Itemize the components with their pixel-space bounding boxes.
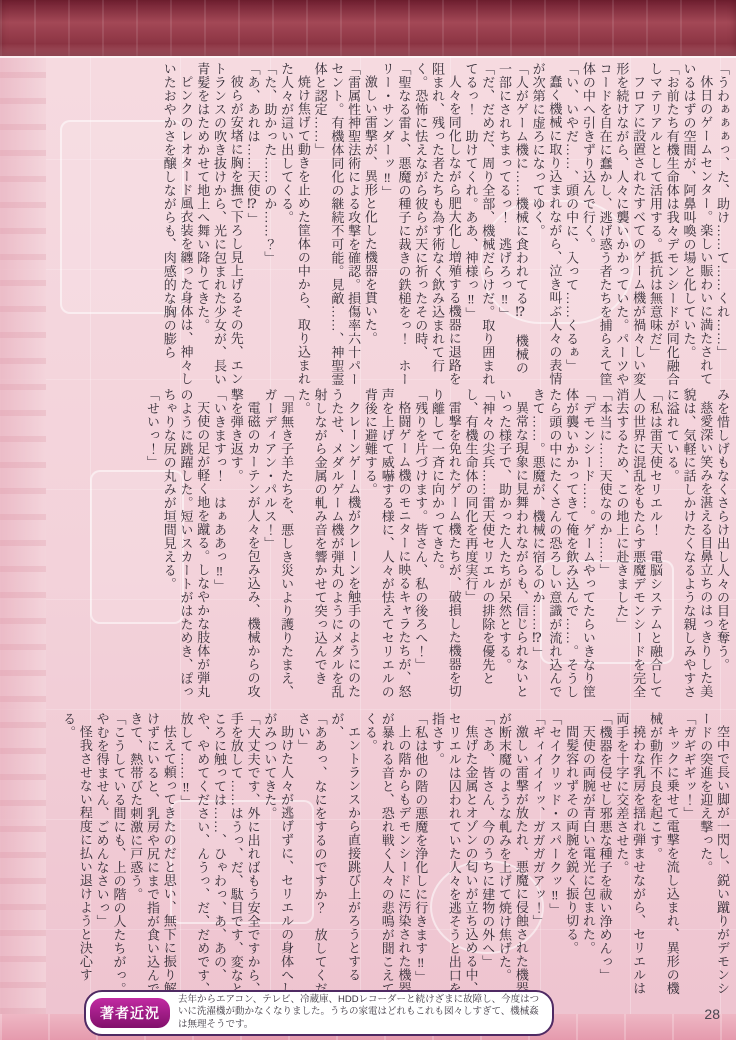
paragraph: 人々を同化しながら肥大化し増殖する機器に退路を阻まれ、残った者たちも為す術なく飲… xyxy=(411,62,461,386)
paragraph: 焼け焦げて動きを止めた筐体の中から、取り込まれた人々が這い出してくる。 xyxy=(277,62,311,386)
left-margin-decoration xyxy=(0,0,46,1040)
header-band-decoration xyxy=(0,0,736,56)
paragraph: 助けた人々が逃げずに、セリエルの身体へしがみついてきた。 xyxy=(261,712,295,1000)
paragraph: 上の階からもデモンシードに汚染された機器が暴れる音と、恐れ戦く人々の悲鳴が聞こえ… xyxy=(361,712,411,1000)
paragraph: 「だ、だめだ、周り全部、機械だらけだ。取り囲まれてるっ！ 助けてくれ。ああ、神様… xyxy=(462,62,496,386)
paragraph: 「セイクリッド・スパークッ‼」 xyxy=(546,712,563,1000)
paragraph: エントランスから直接跳び上がろうとするが、 xyxy=(328,712,362,1000)
paragraph: 「大丈夫です、外に出ればもう安全ですから、手を放して……はうっ、だ、駄目です、変… xyxy=(177,712,261,1000)
paragraph: 「せいっ！」 xyxy=(143,388,160,710)
paragraph: 「デモンシード……。ゲームやってたらいきなり筐体が襲いかかってきて俺を飲み込んで… xyxy=(529,388,596,710)
text-block-middle: みを惜しげもなくさらけ出し人々の目を奪う。慈愛深い笑みを湛える目鼻立ちのはっきり… xyxy=(48,388,730,710)
paragraph: 「本当に……天使なのか……」 xyxy=(596,388,613,710)
paragraph: 「私は雷天使セリエル！ 電脳システムと融合して人の世界に混乱をもたらす悪魔デモン… xyxy=(613,388,663,710)
paragraph: クレーンゲーム機がクレーンを触手のようにのたうたせ、メダルゲーム機が弾丸のように… xyxy=(294,388,361,710)
paragraph: 「こうしている間にも、上の階の人たちがっ。やむを得ません、ごめんなさいっ」 xyxy=(93,712,127,1000)
novel-page: 「うわぁぁぁっ、た、助け……て……くれ……」休日のゲームセンター。楽しい賑わいに… xyxy=(0,0,736,1040)
paragraph: 「ああっ、なにをするのですか？ 放してください」 xyxy=(294,712,328,1000)
paragraph: 天使の両腕が青白い電光に包まれた。 xyxy=(579,712,596,1000)
paragraph: 「雷属性神聖法術による攻撃を確認。損傷率六十パーセント。有機体同化の継続不可能。… xyxy=(311,62,361,386)
paragraph: 異常な現象に見舞われながらも、信じられないといった様子で、助かった人たちが呆然と… xyxy=(495,388,529,710)
paragraph: 激しい雷撃が、異形と化した機器を貫いた。 xyxy=(361,62,378,386)
paragraph: 「人がゲーム機に……機械に食われてる⁉ 機械の一部にされちまってるっ！ 逃げろっ… xyxy=(495,62,529,386)
paragraph: 激しい雷撃が放たれ、悪魔に侵蝕された機器が断末魔のような軋みを上げて焼け焦げた。 xyxy=(495,712,529,1000)
paragraph: 「神々の尖兵……雷天使セリエルの排除を優先とし、有機生命体の同化を再度実行」 xyxy=(462,388,496,710)
author-note-text: 去年からエアコン、テレビ、冷蔵庫、HDDレコーダーと続けざまに故障し、今度はつい… xyxy=(178,994,542,1032)
paragraph: 空中で長い脚が一閃し、鋭い蹴りがデモンシードの突進を迎え撃った。 xyxy=(696,712,730,1000)
author-note: 著者近況 去年からエアコン、テレビ、冷蔵庫、HDDレコーダーと続けざまに故障し、… xyxy=(84,990,554,1036)
author-note-badge: 著者近況 xyxy=(90,998,170,1028)
paragraph: キックに乗せて電撃を流し込まれ、異形の機械が動作不良を起こす。 xyxy=(646,712,680,1000)
paragraph: 焦げた金属とオゾンの匂いが立ち込める中、セリエルは囚われていた人々を逃そうと出口… xyxy=(428,712,478,1000)
paragraph: 「いきますっ！ はぁああっ‼」 xyxy=(210,388,227,710)
paragraph: 「聖なる雷よ、悪魔の種子に裁きの鉄槌をっ！ ホーリー・サンダーッ‼」 xyxy=(378,62,412,386)
paragraph: 「い、いやだ……、頭の中に、入って……くるぁ」 xyxy=(562,62,579,386)
text-block-top: 「うわぁぁぁっ、た、助け……て……くれ……」休日のゲームセンター。楽しい賑わいに… xyxy=(48,62,730,386)
paragraph: 間髪容れずその両腕を鋭く振り切る。 xyxy=(562,712,579,1000)
paragraph: 蠢く機械に取り込まれながら、泣き叫ぶ人々の表情が次第に虚ろになってゆく。 xyxy=(529,62,563,386)
text-block-bottom: 空中で長い脚が一閃し、鋭い蹴りがデモンシードの突進を迎え撃った。「ガギギギッ！」… xyxy=(48,712,730,1000)
paragraph: 休日のゲームセンター。楽しい賑わいに満たされているはずの空間が、阿鼻叫喚の場と化… xyxy=(680,62,714,386)
paragraph: 慈愛深い笑みを湛える目鼻立ちのはっきりした美貌は、気軽に話しかけたくなるような親… xyxy=(663,388,713,710)
paragraph: 「ガギギギッ！」 xyxy=(680,712,697,1000)
paragraph: 「あ、あれは……天使⁉」 xyxy=(244,62,261,386)
page-number: 28 xyxy=(704,1006,720,1022)
paragraph: 「うわぁぁぁっ、た、助け……て……くれ……」 xyxy=(713,62,730,386)
paragraph: 「残りを片づけます。皆さん、私の後ろへ！」 xyxy=(411,388,428,710)
paragraph: 「私は他の階の悪魔を浄化しに行きます‼」 xyxy=(411,712,428,1000)
paragraph: 「ギィイイイッ、ガガガガアッ！」 xyxy=(529,712,546,1000)
paragraph: 怪我させない程度に払い退けようと決心する。 xyxy=(59,712,93,1000)
paragraph: 雷撃を免れたゲーム機たちが、破損した機器を切り離して一斉に向かってきた。 xyxy=(428,388,462,710)
paragraph: 撓わな乳房を揺れ弾ませながら、セリエルは両手を十字に交差させた。 xyxy=(613,712,647,1000)
paragraph: 格闘ゲーム機のモニターに映るキャラたちが、怒声を上げて威嚇する様に、人々が怯えて… xyxy=(361,388,411,710)
paragraph: みを惜しげもなくさらけ出し人々の目を奪う。 xyxy=(713,388,730,710)
paragraph: 彼らが安堵に胸を撫で下ろし見上げるその先、エントランスの吹き抜けから、光に包まれ… xyxy=(194,62,244,386)
paragraph: 怯えて頼ってきたのだと思い、無下に振り解けずにいると、乳房や尻にまで指が食い込ん… xyxy=(126,712,176,1000)
paragraph: フロアに設置されたすべてのゲーム機が禍々しい変形を続けながら、人々に襲いかかって… xyxy=(579,62,646,386)
paragraph: 「た、助かった……のか……？」 xyxy=(261,62,278,386)
paragraph: ピンクのレオタード風衣装を纏った身体は、神々しいたおやかさを醸しながらも、肉感的… xyxy=(160,62,194,386)
paragraph: 天使の足が軽く地を蹴る。しなやかな肢体が弾丸のように跳躍した。短いスカートがはた… xyxy=(160,388,210,710)
paragraph: 「機器を侵せし邪悪な種子を祓い浄めんっ」 xyxy=(596,712,613,1000)
paragraph: 電磁のカーテンが人々を包み込み、機械からの攻撃を弾き返す。 xyxy=(227,388,261,710)
paragraph: 「さあ、皆さん、今のうちに建物の外へ」 xyxy=(479,712,496,1000)
paragraph: 「罪無き子羊たちを、悪しき災いより護りたまえ、ガーディアン・パルス！」 xyxy=(261,388,295,710)
paragraph: 「お前たち有機生命体は我々デモンシードが同化融合しマテリアルとして活用する。抵抗… xyxy=(646,62,680,386)
